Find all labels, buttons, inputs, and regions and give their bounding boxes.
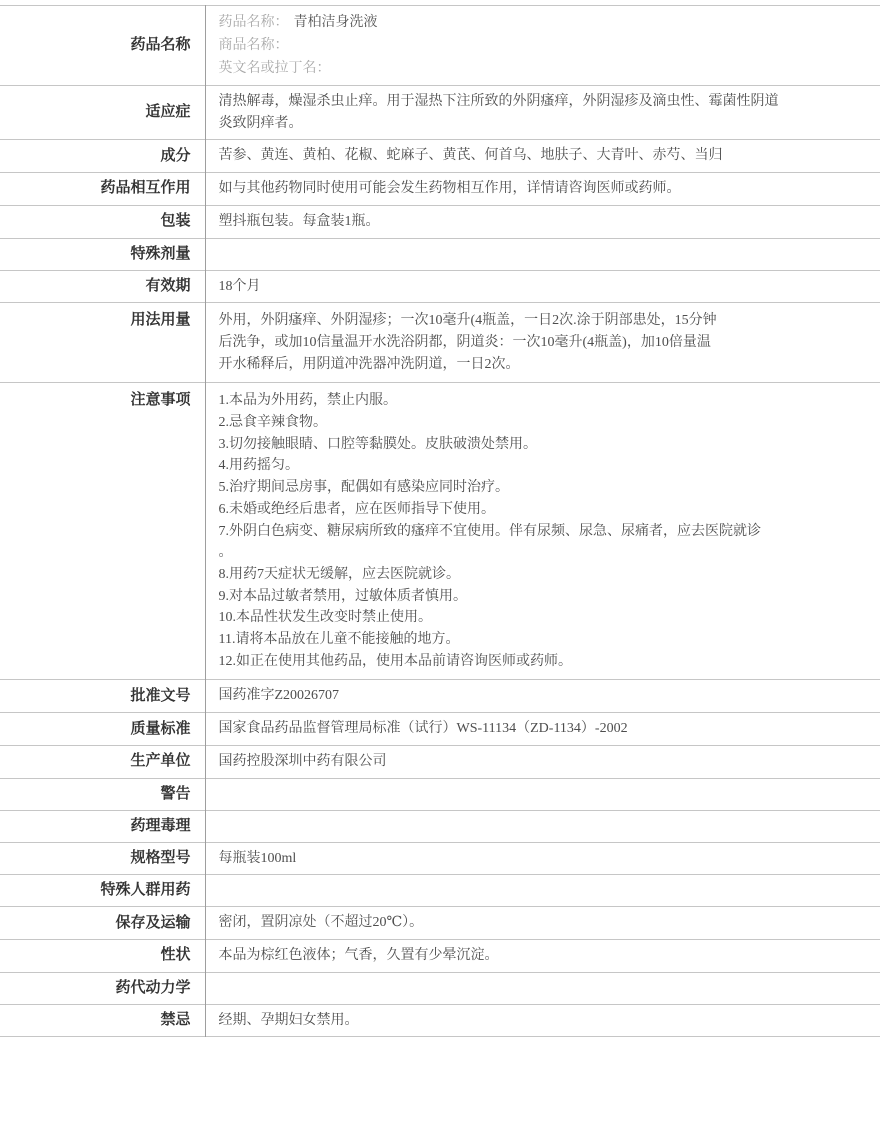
table-row-indications: 适应症清热解毒，燥湿杀虫止痒。用于湿热下注所致的外阴瘙痒，外阴湿疹及滴虫性、霉菌… [0,86,880,140]
row-value-ingredients: 苦参、黄连、黄柏、花椒、蛇麻子、黄芪、何首乌、地肤子、大青叶、赤芍、当归 [205,140,880,173]
row-label-pharmacology-toxicology: 药理毒理 [0,810,205,842]
row-value-drug-name: 药品名称：青柏洁身洗液商品名称：英文名或拉丁名： [205,6,880,86]
table-row-manufacturer: 生产单位国药控股深圳中药有限公司 [0,745,880,778]
drug-info-page: 药品名称药品名称：青柏洁身洗液商品名称：英文名或拉丁名：适应症清热解毒，燥湿杀虫… [0,0,880,1037]
field-label: 商品名称： [219,38,289,53]
row-value-warning [205,778,880,810]
row-value-indications: 清热解毒，燥湿杀虫止痒。用于湿热下注所致的外阴瘙痒，外阴湿疹及滴虫性、霉菌性阴道… [205,86,880,140]
row-value-specification: 每瓶装100ml [205,842,880,875]
table-row-warning: 警告 [0,778,880,810]
row-label-drug-interactions: 药品相互作用 [0,173,205,206]
row-label-shelf-life: 有效期 [0,270,205,303]
table-row-specification: 规格型号每瓶装100ml [0,842,880,875]
table-row-storage-transport: 保存及运输密闭，置阴凉处（不超过20℃）。 [0,907,880,940]
row-label-drug-name: 药品名称 [0,6,205,86]
row-value-pharmacology-toxicology [205,810,880,842]
row-label-precautions: 注意事项 [0,383,205,680]
row-value-special-dosage [205,238,880,270]
row-label-storage-transport: 保存及运输 [0,907,205,940]
name-field-line: 药品名称：青柏洁身洗液 [219,11,869,34]
row-value-approval-number: 国药准字Z20026707 [205,680,880,713]
row-value-appearance: 本品为棕红色液体；气香，久置有少晕沉淀。 [205,939,880,972]
row-label-pharmacokinetics: 药代动力学 [0,972,205,1004]
row-label-ingredients: 成分 [0,140,205,173]
row-label-warning: 警告 [0,778,205,810]
row-value-quality-standard: 国家食品药品监督管理局标准（试行）WS-11134（ZD-1134）-2002 [205,713,880,746]
row-value-drug-interactions: 如与其他药物同时使用可能会发生药物相互作用，详情请咨询医师或药师。 [205,173,880,206]
table-row-pharmacology-toxicology: 药理毒理 [0,810,880,842]
row-value-packaging: 塑抖瓶包装。每盒装1瓶。 [205,205,880,238]
drug-info-table: 药品名称药品名称：青柏洁身洗液商品名称：英文名或拉丁名：适应症清热解毒，燥湿杀虫… [0,5,880,1037]
table-row-shelf-life: 有效期18个月 [0,270,880,303]
table-row-precautions: 注意事项1.本品为外用药，禁止内服。 2.忌食辛辣食物。 3.切勿接触眼睛、口腔… [0,383,880,680]
table-row-quality-standard: 质量标准国家食品药品监督管理局标准（试行）WS-11134（ZD-1134）-2… [0,713,880,746]
table-row-contraindications: 禁忌经期、孕期妇女禁用。 [0,1004,880,1037]
table-row-packaging: 包装塑抖瓶包装。每盒装1瓶。 [0,205,880,238]
table-row-appearance: 性状本品为棕红色液体；气香，久置有少晕沉淀。 [0,939,880,972]
field-label: 英文名或拉丁名： [219,61,331,76]
row-value-storage-transport: 密闭，置阴凉处（不超过20℃）。 [205,907,880,940]
row-label-appearance: 性状 [0,939,205,972]
row-label-special-population: 特殊人群用药 [0,875,205,907]
row-value-pharmacokinetics [205,972,880,1004]
table-row-drug-interactions: 药品相互作用如与其他药物同时使用可能会发生药物相互作用，详情请咨询医师或药师。 [0,173,880,206]
row-value-dosage-usage: 外用，外阴瘙痒、外阴湿疹；一次10毫升(4瓶盖，一日2次.涂于阴部患处，15分钟… [205,303,880,383]
field-label: 药品名称： [219,15,289,30]
row-label-contraindications: 禁忌 [0,1004,205,1037]
row-label-manufacturer: 生产单位 [0,745,205,778]
row-value-contraindications: 经期、孕期妇女禁用。 [205,1004,880,1037]
table-row-dosage-usage: 用法用量外用，外阴瘙痒、外阴湿疹；一次10毫升(4瓶盖，一日2次.涂于阴部患处，… [0,303,880,383]
row-label-packaging: 包装 [0,205,205,238]
drug-info-rows: 药品名称药品名称：青柏洁身洗液商品名称：英文名或拉丁名：适应症清热解毒，燥湿杀虫… [0,6,880,1037]
table-row-special-dosage: 特殊剂量 [0,238,880,270]
row-label-special-dosage: 特殊剂量 [0,238,205,270]
row-label-specification: 规格型号 [0,842,205,875]
name-field-line: 商品名称： [219,34,869,57]
name-field-line: 英文名或拉丁名： [219,57,869,80]
table-row-ingredients: 成分苦参、黄连、黄柏、花椒、蛇麻子、黄芪、何首乌、地肤子、大青叶、赤芍、当归 [0,140,880,173]
table-row-special-population: 特殊人群用药 [0,875,880,907]
field-value: 青柏洁身洗液 [289,15,378,30]
table-row-pharmacokinetics: 药代动力学 [0,972,880,1004]
row-value-precautions: 1.本品为外用药，禁止内服。 2.忌食辛辣食物。 3.切勿接触眼睛、口腔等黏膜处… [205,383,880,680]
row-value-manufacturer: 国药控股深圳中药有限公司 [205,745,880,778]
table-row-drug-name: 药品名称药品名称：青柏洁身洗液商品名称：英文名或拉丁名： [0,6,880,86]
table-row-approval-number: 批准文号国药准字Z20026707 [0,680,880,713]
row-label-indications: 适应症 [0,86,205,140]
row-label-dosage-usage: 用法用量 [0,303,205,383]
row-label-quality-standard: 质量标准 [0,713,205,746]
row-value-shelf-life: 18个月 [205,270,880,303]
row-label-approval-number: 批准文号 [0,680,205,713]
row-value-special-population [205,875,880,907]
